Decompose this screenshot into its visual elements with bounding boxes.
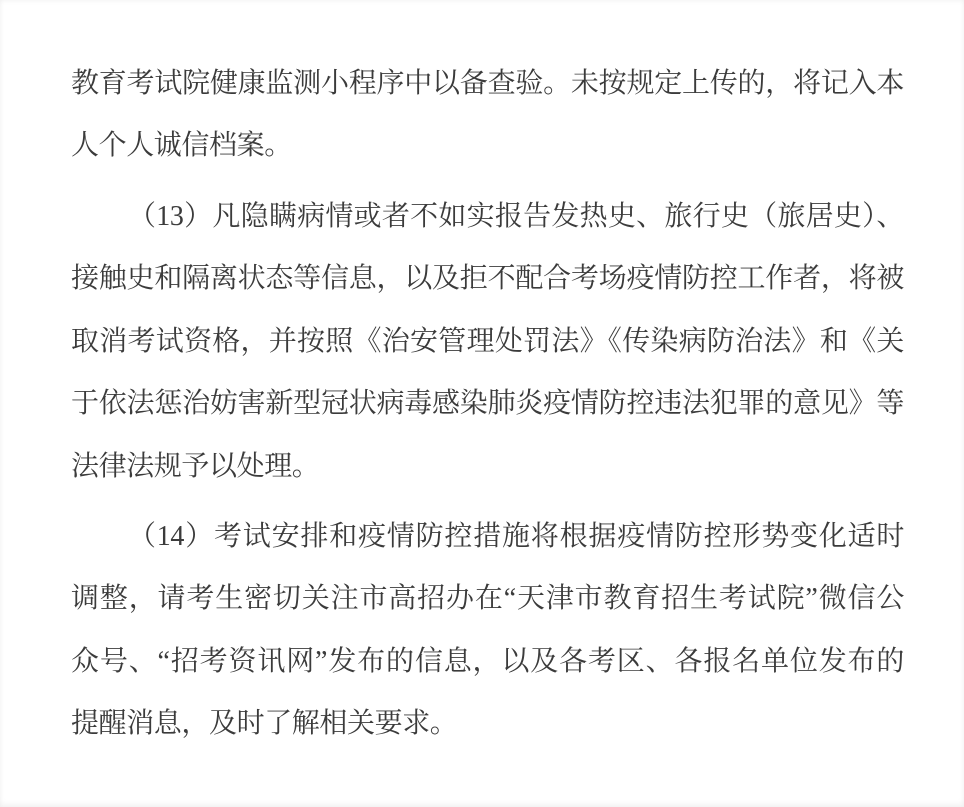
text-line-2: 人个人诚信档案。 bbox=[71, 130, 904, 166]
text-line-10: 众号、“招考资讯网”发布的信息，以及各考区、各报名单位发布的 bbox=[71, 646, 904, 682]
text-line-4: 接触史和隔离状态等信息，以及拒不配合考场疫情防控工作者，将被 bbox=[71, 263, 904, 299]
text-line-6: 于依法惩治妨害新型冠状病毒感染肺炎疫情防控违法犯罪的意见》等 bbox=[71, 388, 904, 424]
document-page: 教育考试院健康监测小程序中以备查验。未按规定上传的，将记入本 人个人诚信档案。 … bbox=[0, 0, 964, 807]
text-block: 教育考试院健康监测小程序中以备查验。未按规定上传的，将记入本 人个人诚信档案。 … bbox=[71, 0, 904, 807]
text-line-3: （13）凡隐瞒病情或者不如实报告发热史、旅行史（旅居史）、 bbox=[71, 201, 904, 237]
text-line-1: 教育考试院健康监测小程序中以备查验。未按规定上传的，将记入本 bbox=[71, 68, 904, 104]
text-line-11: 提醒消息，及时了解相关要求。 bbox=[71, 708, 904, 744]
text-line-5: 取消考试资格，并按照《治安管理处罚法》《传染病防治法》和《关 bbox=[71, 326, 904, 362]
text-line-8: （14）考试安排和疫情防控措施将根据疫情防控形势变化适时 bbox=[71, 521, 904, 557]
text-line-9: 调整，请考生密切关注市高招办在“天津市教育招生考试院”微信公 bbox=[71, 583, 904, 619]
text-line-7: 法律法规予以处理。 bbox=[71, 451, 904, 487]
